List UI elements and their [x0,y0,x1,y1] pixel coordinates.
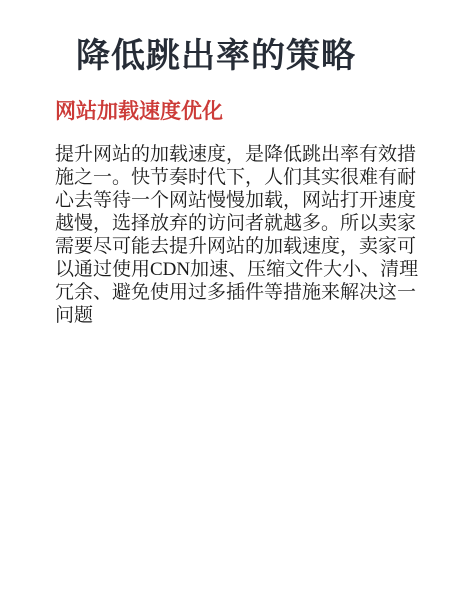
document-page: 降低跳出率的策略 网站加载速度优化 提升网站的加载速度，是降低跳出率有效措施之一… [0,0,449,600]
body-paragraph: 提升网站的加载速度，是降低跳出率有效措施之一。快节奏时代下，人们其实很难有耐心去… [55,143,423,327]
section-heading: 网站加载速度优化 [55,99,223,123]
page-title: 降低跳出率的策略 [76,36,356,76]
